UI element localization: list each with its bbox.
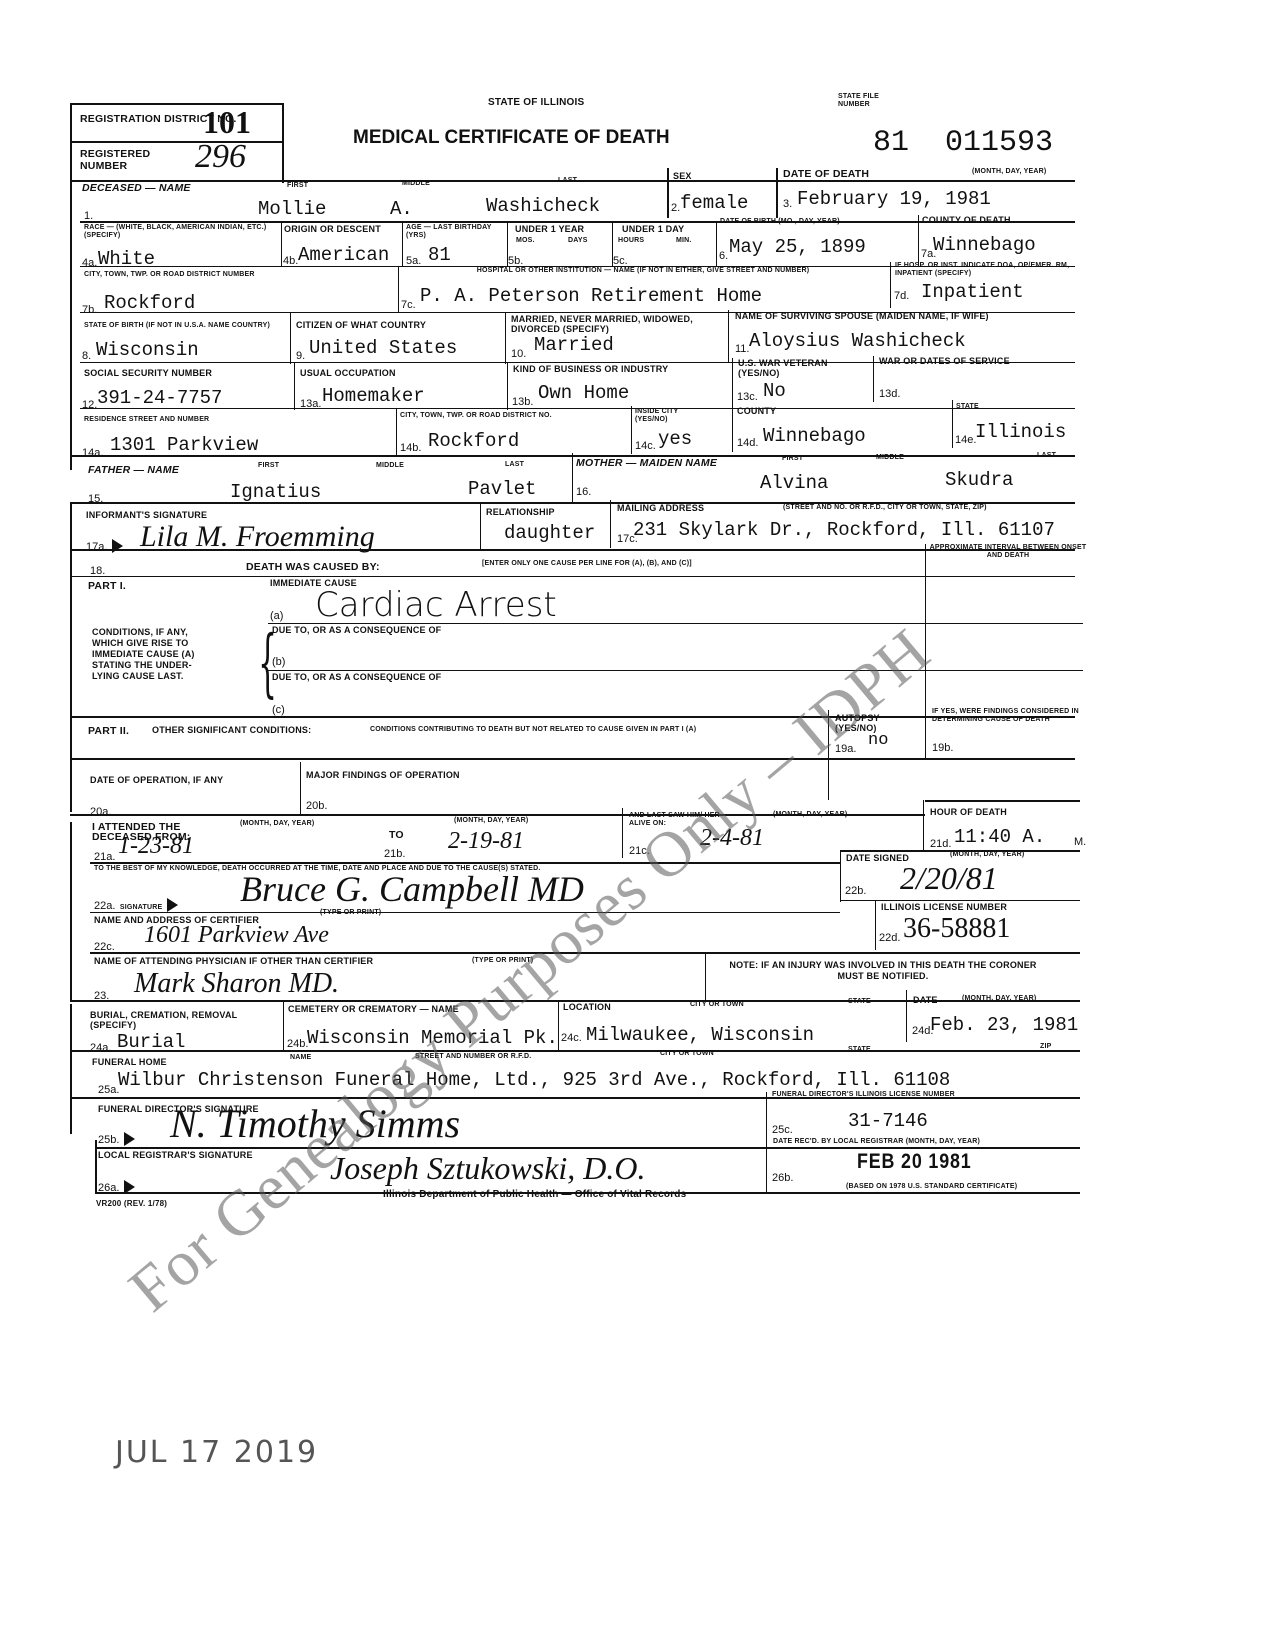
field-number: 21c. <box>629 845 650 857</box>
field-number: 10. <box>511 348 526 360</box>
birth-state-label: STATE OF BIRTH (IF NOT IN U.S.A. NAME CO… <box>84 322 274 330</box>
divider <box>705 952 706 1002</box>
under-day-label: UNDER 1 DAY <box>622 224 684 234</box>
divider <box>283 1000 284 1052</box>
divider <box>507 362 508 410</box>
divider <box>728 310 729 362</box>
field-number: 14c. <box>635 440 656 452</box>
spouse-name: Aloysius Washicheck <box>749 330 966 352</box>
father-first: Ignatius <box>230 481 321 503</box>
field-number: 11. <box>735 343 749 355</box>
funeral-license-label: FUNERAL DIRECTOR'S ILLINOIS LICENSE NUMB… <box>772 1091 955 1099</box>
date-format-hint: (MONTH, DAY, YEAR) <box>240 820 314 828</box>
hospital-label: HOSPITAL OR OTHER INSTITUTION — NAME (IF… <box>403 267 883 275</box>
field-number: 19b. <box>932 742 953 754</box>
hospital-name: P. A. Peterson Retirement Home <box>420 285 762 307</box>
divider <box>732 358 733 406</box>
field-number: 25a. <box>98 1084 119 1096</box>
first-label: FIRST <box>258 462 279 470</box>
occupation-value: Homemaker <box>322 385 425 407</box>
age-value: 81 <box>428 244 451 266</box>
residence-county: Winnebago <box>763 425 866 447</box>
divider <box>716 221 717 267</box>
cemetery-label: CEMETERY OR CREMATORY — NAME <box>288 1004 459 1014</box>
frame-left <box>70 502 72 812</box>
divider <box>90 912 840 913</box>
certifier-license: 36-58881 <box>903 913 1010 945</box>
business-value: Own Home <box>538 382 629 404</box>
field-number: 7b. <box>82 304 97 316</box>
divider <box>890 262 891 308</box>
divider <box>918 215 919 265</box>
middle-label: MIDDLE <box>876 454 904 462</box>
operation-date-label: DATE OF OPERATION, IF ANY <box>90 775 223 785</box>
divider <box>631 406 632 454</box>
disposition-date-label: DATE <box>913 995 938 1005</box>
citizen-value: United States <box>309 337 457 359</box>
field-number: 14a. <box>82 447 103 459</box>
field-number: 21b. <box>384 848 405 860</box>
date-of-death-label: DATE OF DEATH <box>783 168 869 180</box>
cemetery-name: Wisconsin Memorial Pk. <box>307 1027 558 1049</box>
divider <box>732 404 733 452</box>
sex-label: SEX <box>673 171 692 181</box>
dob-value: May 25, 1899 <box>729 236 866 258</box>
field-number: 9. <box>296 350 305 362</box>
informant-signature-row: 17a. <box>86 537 123 555</box>
due-to-label: DUE TO, OR AS A CONSEQUENCE OF <box>272 625 441 635</box>
divider <box>840 900 1080 901</box>
months-label: MOS. <box>516 237 535 245</box>
funeral-home-label: FUNERAL HOME <box>92 1057 167 1067</box>
city-of-death: Rockford <box>104 292 195 314</box>
divider <box>766 1092 767 1144</box>
divider <box>776 168 778 218</box>
field-number: 16. <box>576 486 591 498</box>
city-label: CITY OR TOWN <box>690 1001 744 1009</box>
last-label: LAST <box>558 177 577 185</box>
county-of-death: Winnebago <box>933 234 1036 256</box>
field-number: 17a. <box>86 541 107 553</box>
field-number: 20b. <box>306 800 327 812</box>
relationship-value: daughter <box>504 522 595 544</box>
autopsy-value: no <box>868 731 888 750</box>
first-label: FIRST <box>782 455 803 463</box>
inside-city-label: INSIDE CITY (YES/NO) <box>635 408 705 424</box>
date-format-hint: (MONTH, DAY, YEAR) <box>773 811 847 819</box>
field-number: 24a. <box>90 1042 111 1054</box>
field-number: 6. <box>719 250 728 262</box>
type-or-print-hint: (TYPE OR PRINT) <box>320 909 381 917</box>
divider <box>90 952 1080 954</box>
divider <box>268 623 1083 624</box>
field-number: 12. <box>82 399 97 411</box>
state-label: STATE <box>848 998 871 1006</box>
divider <box>925 800 1080 802</box>
field-number: 25c. <box>772 1124 793 1136</box>
form-id: VR200 (REV. 1/78) <box>96 1200 167 1208</box>
field-number: 25b. <box>98 1134 119 1146</box>
disposition-method-label: BURIAL, CREMATION, REMOVAL (SPECIFY) <box>90 1010 260 1030</box>
residence-state: Illinois <box>975 421 1066 443</box>
certifier-address: 1601 Parkview Ave <box>144 922 329 949</box>
business-label: KIND OF BUSINESS OR INDUSTRY <box>513 364 668 374</box>
age-label: AGE — LAST BIRTHDAY (YRS) <box>406 224 506 240</box>
field-number: 14d. <box>737 437 758 449</box>
field-number: 7c. <box>401 299 416 311</box>
veteran-value: No <box>763 380 786 402</box>
origin-value: American <box>298 244 389 266</box>
autopsy-label: AUTOPSY (YES/NO) <box>835 713 915 733</box>
attended-from: 1-23-81 <box>118 833 194 860</box>
divider <box>610 500 611 548</box>
marital-status: Married <box>534 334 614 356</box>
hour-of-death-label: HOUR OF DEATH <box>930 807 1007 817</box>
mailing-address-label: MAILING ADDRESS <box>617 503 704 513</box>
divider <box>840 850 841 902</box>
ssn-label: SOCIAL SECURITY NUMBER <box>84 368 212 378</box>
date-signed: 2/20/81 <box>900 860 998 897</box>
last-label: LAST <box>505 461 524 469</box>
hour-suffix: M. <box>1074 836 1086 848</box>
field-number: 24c. <box>561 1032 582 1044</box>
inst-status: Inpatient <box>921 281 1024 303</box>
conditions-note: CONDITIONS, IF ANY, WHICH GIVE RISE TO I… <box>92 627 212 682</box>
page-title: MEDICAL CERTIFICATE OF DEATH <box>353 127 670 149</box>
divider <box>505 312 506 364</box>
attending-physician: Mark Sharon MD. <box>134 968 339 1000</box>
arrow-icon <box>124 1132 135 1146</box>
divider <box>70 576 1075 577</box>
deceased-name-label: DECEASED — NAME <box>82 182 191 194</box>
funeral-license: 31-7146 <box>848 1110 928 1132</box>
field-number: 24b. <box>287 1038 308 1050</box>
relationship-label: RELATIONSHIP <box>486 507 555 517</box>
residence-city: Rockford <box>428 430 519 452</box>
field-number: 7d. <box>894 290 909 302</box>
divider <box>70 141 282 143</box>
divider <box>300 762 301 814</box>
residence-street-label: RESIDENCE STREET AND NUMBER <box>84 416 209 424</box>
frame-left <box>95 1140 97 1194</box>
field-number: 14b. <box>400 442 421 454</box>
occupation-label: USUAL OCCUPATION <box>300 368 396 378</box>
father-last: Pavlet <box>468 478 536 500</box>
field-number: 4a. <box>82 257 97 269</box>
field-number: 14e. <box>955 434 976 446</box>
location-label: LOCATION <box>563 1002 611 1012</box>
other-conditions-hint: CONDITIONS CONTRIBUTING TO DEATH BUT NOT… <box>370 726 696 734</box>
mother-last: Skudra <box>945 469 1013 491</box>
registered-number: 296 <box>195 138 246 176</box>
divider <box>875 900 876 950</box>
under-year-label: UNDER 1 YEAR <box>515 224 584 234</box>
registrar-date-stamp: FEB 20 1981 <box>857 1150 972 1174</box>
last-label: LAST <box>1037 452 1056 460</box>
field-number: 13b. <box>512 396 533 408</box>
frame-left <box>70 1004 72 1134</box>
street-label: STREET AND NUMBER OR R.F.D. <box>415 1053 531 1061</box>
signature-label: SIGNATURE <box>120 904 163 911</box>
county-of-death-label: COUNTY OF DEATH <box>922 215 1011 225</box>
disposition-location: Milwaukee, Wisconsin <box>586 1024 814 1046</box>
residence-state-label: STATE <box>956 403 979 411</box>
divider <box>396 408 397 456</box>
cause-a-value: Cardiac Arrest <box>315 585 557 625</box>
divider <box>925 708 926 758</box>
registrar-signature: Joseph Sztukowski, D.O. <box>330 1150 646 1187</box>
frame-left <box>70 180 72 470</box>
field-number: 22a. <box>94 900 115 912</box>
mother-first: Alvina <box>760 472 828 494</box>
department-footer: Illinois Department of Public Health — O… <box>383 1190 686 1200</box>
operation-findings-label: MAJOR FINDINGS OF OPERATION <box>306 770 460 780</box>
divider <box>398 266 399 312</box>
city-label: CITY OR TOWN <box>660 1050 714 1058</box>
field-number: 26b. <box>772 1172 793 1184</box>
field-number: 2. <box>671 202 680 214</box>
field-number: 13c. <box>737 391 758 403</box>
field-number: 8. <box>82 350 91 362</box>
divider <box>828 710 829 800</box>
divider <box>268 670 1083 671</box>
received-date-stamp: JUL 17 2019 <box>115 1435 318 1470</box>
registrar-date-label: DATE REC'D. BY LOCAL REGISTRAR (MONTH, D… <box>773 1138 980 1146</box>
cause-instruction: [ENTER ONLY ONE CAUSE PER LINE FOR (a), … <box>482 560 692 568</box>
last-seen-date: 2-4-81 <box>700 825 764 852</box>
field-number: 3. <box>783 198 792 210</box>
coroner-note: NOTE: IF AN INJURY WAS INVOLVED IN THIS … <box>718 960 1048 982</box>
divider <box>95 1147 1080 1149</box>
frame-left <box>70 822 72 1002</box>
war-service-label: WAR OR DATES OF SERVICE <box>879 356 1010 366</box>
standard-footer: (BASED ON 1978 U.S. STANDARD CERTIFICATE… <box>846 1183 1017 1191</box>
race-label: RACE — (WHITE, BLACK, AMERICAN INDIAN, E… <box>84 224 274 240</box>
divider <box>766 1142 767 1192</box>
due-to-label: DUE TO, OR AS A CONSEQUENCE OF <box>272 672 441 682</box>
divider <box>80 408 1075 409</box>
divider <box>402 221 403 267</box>
ssn-value: 391-24-7757 <box>97 387 222 409</box>
certifier-signature: Bruce G. Campbell MD <box>240 868 584 910</box>
divider <box>622 808 623 858</box>
funeral-director-signature-row: 25b. <box>98 1130 135 1148</box>
residence-street: 1301 Parkview <box>110 434 258 456</box>
findings-label: IF YES, WERE FINDINGS CONSIDERED IN DETE… <box>932 708 1082 724</box>
divider <box>873 356 874 402</box>
days-label: DAYS <box>568 237 588 245</box>
mailing-address: 231 Skylark Dr., Rockford, Ill. 61107 <box>633 519 1055 541</box>
middle-label: MIDDLE <box>402 180 430 188</box>
divider <box>70 1050 1080 1052</box>
deceased-first: Mollie <box>258 198 326 220</box>
sex-value: female <box>680 192 748 214</box>
veteran-label: U.S. WAR VETERAN (YES/NO) <box>738 358 868 378</box>
interval-label: APPROXIMATE INTERVAL BETWEEN ONSET AND D… <box>928 544 1088 560</box>
first-label: FIRST <box>287 182 308 190</box>
name-label: NAME <box>290 1054 311 1062</box>
funeral-director-signature: N. Timothy Simms <box>170 1100 460 1147</box>
divider <box>480 502 481 550</box>
other-conditions-label: OTHER SIGNIFICANT CONDITIONS: <box>152 725 311 735</box>
cause-c-label: (c) <box>272 704 285 716</box>
divider <box>281 221 282 267</box>
field-number: 19a. <box>835 743 856 755</box>
birth-state: Wisconsin <box>96 339 199 361</box>
divider <box>290 312 291 364</box>
disposition-date: Feb. 23, 1981 <box>930 1014 1078 1036</box>
hours-label: HOURS <box>618 237 644 245</box>
state-file-number: 81 011593 <box>873 126 1053 160</box>
funeral-home: Wilbur Christenson Funeral Home, Ltd., 9… <box>118 1069 950 1091</box>
field-number: 22b. <box>845 885 866 897</box>
city-label: CITY, TOWN, TWP. OR ROAD DISTRICT NUMBER <box>84 271 255 279</box>
cause-b-label: (b) <box>272 656 285 668</box>
registered-number-label: REGISTERED NUMBER <box>80 148 170 172</box>
origin-label: ORIGIN OR DESCENT <box>284 224 381 234</box>
residence-city-label: CITY, TOWN, TWP. OR ROAD DISTRICT NO. <box>400 412 552 420</box>
state-file-label: STATE FILE NUMBER <box>838 93 898 109</box>
divider <box>572 453 573 503</box>
state-label: STATE OF ILLINOIS <box>488 98 584 108</box>
date-format-hint: (MONTH, DAY, YEAR) <box>454 817 528 825</box>
mother-name-label: MOTHER — MAIDEN NAME <box>576 457 717 469</box>
registrar-signature-label: LOCAL REGISTRAR'S SIGNATURE <box>98 1150 253 1160</box>
divider <box>667 168 669 218</box>
divider <box>90 862 840 864</box>
cause-heading: DEATH WAS CAUSED BY: <box>246 561 380 573</box>
attended-to: 2-19-81 <box>448 828 524 855</box>
inside-city: yes <box>658 428 692 450</box>
type-or-print-hint: (TYPE OR PRINT) <box>472 957 533 965</box>
divider <box>925 544 926 710</box>
date-format-hint: (MONTH, DAY, YEAR) <box>962 995 1036 1003</box>
part-two-label: PART II. <box>88 725 129 737</box>
field-number: 21d. <box>930 838 951 850</box>
field-number: 13d. <box>879 388 900 400</box>
inst-status-label: IF HOSP. OR INST. INDICATE DOA, OP/EMER.… <box>895 262 1075 278</box>
middle-label: MIDDLE <box>376 462 404 470</box>
residence-county-label: COUNTY <box>737 406 776 416</box>
divider <box>70 758 1075 760</box>
date-format-hint: (MONTH, DAY, YEAR) <box>950 851 1024 859</box>
arrow-icon <box>167 898 178 912</box>
zip-label: ZIP <box>1040 1043 1052 1051</box>
divider <box>906 990 907 1042</box>
to-label: TO <box>389 829 404 841</box>
father-name-label: FATHER — NAME <box>88 464 179 476</box>
field-number: 20a. <box>90 806 111 818</box>
registration-district-no: 101 <box>203 104 251 141</box>
divider <box>294 362 295 410</box>
spouse-label: NAME OF SURVIVING SPOUSE (MAIDEN NAME, I… <box>735 311 989 321</box>
deceased-middle: A. <box>390 198 413 220</box>
state-label: STATE <box>848 1046 871 1054</box>
citizen-label: CITIZEN OF WHAT COUNTRY <box>296 320 426 330</box>
field-number: 22d. <box>879 932 900 944</box>
divider <box>952 400 953 448</box>
informant-signature-label: INFORMANT'S SIGNATURE <box>86 510 207 520</box>
date-format-hint: (MONTH, DAY, YEAR) <box>972 168 1046 176</box>
mailing-address-hint: (STREET AND NO. OR R.F.D., CITY OR TOWN,… <box>783 504 987 512</box>
deceased-last: Washicheck <box>486 195 600 217</box>
minutes-label: MIN. <box>676 237 692 245</box>
dob-label: DATE OF BIRTH (MO., DAY, YEAR) <box>720 218 840 226</box>
marital-label: MARRIED, NEVER MARRIED, WIDOWED, DIVORCE… <box>511 314 721 334</box>
attending-physician-label: NAME OF ATTENDING PHYSICIAN IF OTHER THA… <box>94 956 373 966</box>
date-of-death: February 19, 1981 <box>797 188 991 210</box>
divider <box>923 800 924 852</box>
part-one-label: PART I. <box>88 580 126 592</box>
certifier-license-label: ILLINOIS LICENSE NUMBER <box>881 902 1007 912</box>
divider <box>558 1000 559 1050</box>
hour-of-death: 11:40 A. <box>954 826 1045 848</box>
